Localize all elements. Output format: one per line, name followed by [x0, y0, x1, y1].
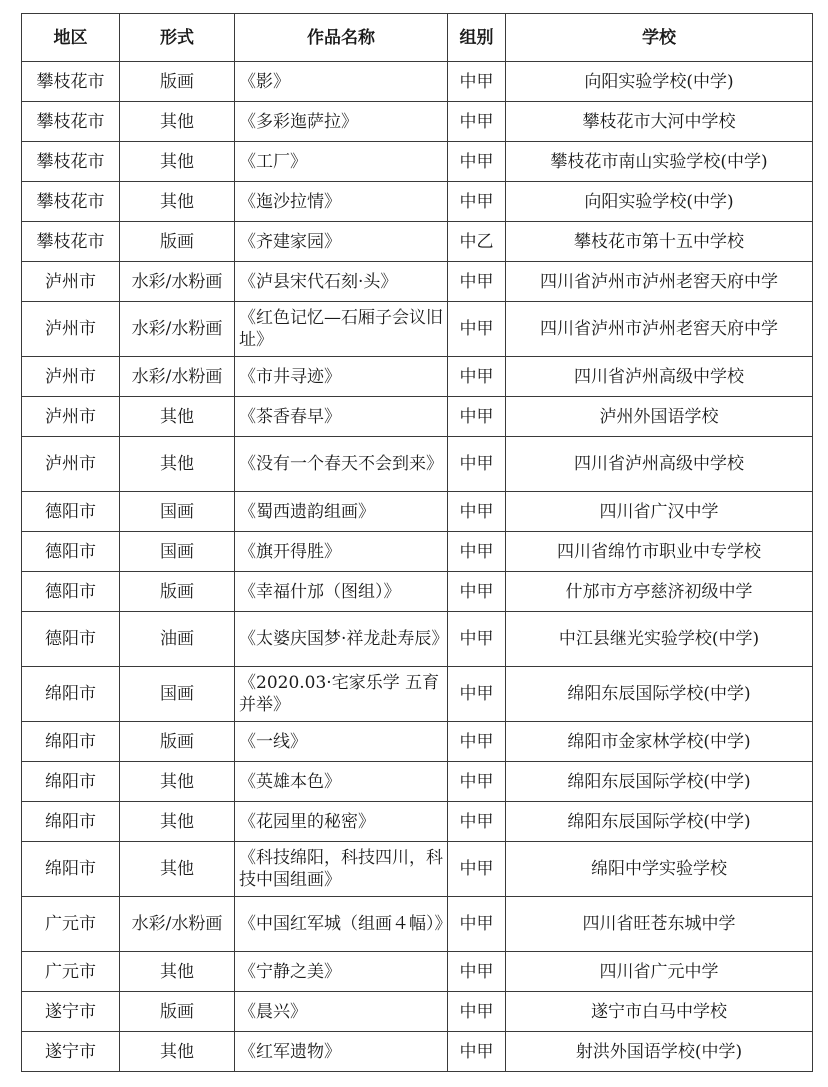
school-cell: 四川省泸州高级中学校 [506, 357, 813, 397]
form-cell: 国画 [120, 667, 235, 722]
school-cell: 攀枝花市大河中学校 [506, 102, 813, 142]
region-cell: 攀枝花市 [22, 102, 120, 142]
region-cell: 遂宁市 [22, 1032, 120, 1072]
group-cell: 中甲 [448, 62, 506, 102]
group-cell: 中甲 [448, 142, 506, 182]
region-cell: 泸州市 [22, 262, 120, 302]
table-row: 泸州市其他《茶香春早》中甲泸州外国语学校 [22, 397, 813, 437]
title-cell: 《科技绵阳，科技四川，科技中国组画》 [235, 842, 448, 897]
form-cell: 其他 [120, 762, 235, 802]
form-cell: 版画 [120, 722, 235, 762]
school-cell: 射洪外国语学校(中学) [506, 1032, 813, 1072]
region-cell: 绵阳市 [22, 842, 120, 897]
group-cell: 中甲 [448, 397, 506, 437]
title-cell: 《中国红军城（组画４幅）》 [235, 897, 448, 952]
group-cell: 中甲 [448, 1032, 506, 1072]
table-row: 泸州市水彩/水粉画《红色记忆—石厢子会议旧址》中甲四川省泸州市泸州老窖天府中学 [22, 302, 813, 357]
form-cell: 其他 [120, 397, 235, 437]
region-cell: 泸州市 [22, 357, 120, 397]
group-cell: 中甲 [448, 572, 506, 612]
group-cell: 中甲 [448, 897, 506, 952]
table-row: 攀枝花市版画《影》中甲向阳实验学校(中学) [22, 62, 813, 102]
region-cell: 攀枝花市 [22, 62, 120, 102]
title-cell: 《幸福什邡（图组）》 [235, 572, 448, 612]
table-row: 广元市水彩/水粉画《中国红军城（组画４幅）》中甲四川省旺苍东城中学 [22, 897, 813, 952]
group-cell: 中甲 [448, 102, 506, 142]
title-cell: 《影》 [235, 62, 448, 102]
title-cell: 《茶香春早》 [235, 397, 448, 437]
title-cell: 《多彩迤萨拉》 [235, 102, 448, 142]
school-cell: 中江县继光实验学校(中学) [506, 612, 813, 667]
form-cell: 油画 [120, 612, 235, 667]
school-cell: 四川省广元中学 [506, 952, 813, 992]
region-cell: 攀枝花市 [22, 182, 120, 222]
title-cell: 《齐建家园》 [235, 222, 448, 262]
title-cell: 《蜀西遗韵组画》 [235, 492, 448, 532]
title-cell: 《红色记忆—石厢子会议旧址》 [235, 302, 448, 357]
school-cell: 绵阳中学实验学校 [506, 842, 813, 897]
group-cell: 中甲 [448, 182, 506, 222]
school-cell: 四川省泸州高级中学校 [506, 437, 813, 492]
region-cell: 泸州市 [22, 437, 120, 492]
school-cell: 攀枝花市南山实验学校(中学) [506, 142, 813, 182]
school-cell: 四川省广汉中学 [506, 492, 813, 532]
header-group: 组别 [448, 14, 506, 62]
table-row: 德阳市国画《旗开得胜》中甲四川省绵竹市职业中专学校 [22, 532, 813, 572]
table-row: 攀枝花市其他《迤沙拉情》中甲向阳实验学校(中学) [22, 182, 813, 222]
title-cell: 《英雄本色》 [235, 762, 448, 802]
table-row: 绵阳市其他《科技绵阳，科技四川，科技中国组画》中甲绵阳中学实验学校 [22, 842, 813, 897]
group-cell: 中甲 [448, 992, 506, 1032]
school-cell: 向阳实验学校(中学) [506, 62, 813, 102]
table-row: 绵阳市版画《一线》中甲绵阳市金家林学校(中学) [22, 722, 813, 762]
school-cell: 四川省绵竹市职业中专学校 [506, 532, 813, 572]
group-cell: 中甲 [448, 437, 506, 492]
form-cell: 版画 [120, 992, 235, 1032]
form-cell: 版画 [120, 572, 235, 612]
region-cell: 德阳市 [22, 572, 120, 612]
title-cell: 《2020.03·宅家乐学 五育并举》 [235, 667, 448, 722]
form-cell: 其他 [120, 437, 235, 492]
form-cell: 其他 [120, 102, 235, 142]
table-row: 绵阳市其他《英雄本色》中甲绵阳东辰国际学校(中学) [22, 762, 813, 802]
group-cell: 中甲 [448, 952, 506, 992]
form-cell: 水彩/水粉画 [120, 897, 235, 952]
title-cell: 《一线》 [235, 722, 448, 762]
form-cell: 水彩/水粉画 [120, 302, 235, 357]
school-cell: 泸州外国语学校 [506, 397, 813, 437]
school-cell: 向阳实验学校(中学) [506, 182, 813, 222]
group-cell: 中甲 [448, 762, 506, 802]
title-cell: 《花园里的秘密》 [235, 802, 448, 842]
group-cell: 中甲 [448, 492, 506, 532]
title-cell: 《迤沙拉情》 [235, 182, 448, 222]
awards-table: 地区 形式 作品名称 组别 学校 攀枝花市版画《影》中甲向阳实验学校(中学)攀枝… [21, 13, 813, 1072]
school-cell: 四川省泸州市泸州老窖天府中学 [506, 262, 813, 302]
school-cell: 遂宁市白马中学校 [506, 992, 813, 1032]
form-cell: 水彩/水粉画 [120, 357, 235, 397]
table-row: 遂宁市其他《红军遗物》中甲射洪外国语学校(中学) [22, 1032, 813, 1072]
title-cell: 《宁静之美》 [235, 952, 448, 992]
group-cell: 中甲 [448, 722, 506, 762]
table-header-row: 地区 形式 作品名称 组别 学校 [22, 14, 813, 62]
form-cell: 版画 [120, 222, 235, 262]
table-row: 德阳市油画《太婆庆国梦·祥龙赴寿辰》中甲中江县继光实验学校(中学) [22, 612, 813, 667]
form-cell: 其他 [120, 952, 235, 992]
group-cell: 中甲 [448, 842, 506, 897]
region-cell: 攀枝花市 [22, 222, 120, 262]
school-cell: 绵阳东辰国际学校(中学) [506, 802, 813, 842]
group-cell: 中甲 [448, 262, 506, 302]
title-cell: 《旗开得胜》 [235, 532, 448, 572]
region-cell: 遂宁市 [22, 992, 120, 1032]
title-cell: 《市井寻迹》 [235, 357, 448, 397]
title-cell: 《太婆庆国梦·祥龙赴寿辰》 [235, 612, 448, 667]
table-row: 泸州市其他《没有一个春天不会到来》中甲四川省泸州高级中学校 [22, 437, 813, 492]
table-row: 遂宁市版画《晨兴》中甲遂宁市白马中学校 [22, 992, 813, 1032]
table-body: 攀枝花市版画《影》中甲向阳实验学校(中学)攀枝花市其他《多彩迤萨拉》中甲攀枝花市… [22, 62, 813, 1072]
table-row: 泸州市水彩/水粉画《泸县宋代石刻·头》中甲四川省泸州市泸州老窖天府中学 [22, 262, 813, 302]
header-form: 形式 [120, 14, 235, 62]
school-cell: 什邡市方亭慈济初级中学 [506, 572, 813, 612]
group-cell: 中乙 [448, 222, 506, 262]
form-cell: 国画 [120, 492, 235, 532]
table-row: 泸州市水彩/水粉画《市井寻迹》中甲四川省泸州高级中学校 [22, 357, 813, 397]
title-cell: 《红军遗物》 [235, 1032, 448, 1072]
table-row: 绵阳市国画《2020.03·宅家乐学 五育并举》中甲绵阳东辰国际学校(中学) [22, 667, 813, 722]
form-cell: 其他 [120, 182, 235, 222]
title-cell: 《晨兴》 [235, 992, 448, 1032]
table-row: 攀枝花市其他《工厂》中甲攀枝花市南山实验学校(中学) [22, 142, 813, 182]
region-cell: 绵阳市 [22, 722, 120, 762]
form-cell: 水彩/水粉画 [120, 262, 235, 302]
title-cell: 《泸县宋代石刻·头》 [235, 262, 448, 302]
region-cell: 泸州市 [22, 302, 120, 357]
school-cell: 攀枝花市第十五中学校 [506, 222, 813, 262]
table-row: 攀枝花市版画《齐建家园》中乙攀枝花市第十五中学校 [22, 222, 813, 262]
region-cell: 攀枝花市 [22, 142, 120, 182]
table-row: 德阳市国画《蜀西遗韵组画》中甲四川省广汉中学 [22, 492, 813, 532]
region-cell: 绵阳市 [22, 802, 120, 842]
region-cell: 绵阳市 [22, 762, 120, 802]
school-cell: 绵阳东辰国际学校(中学) [506, 762, 813, 802]
region-cell: 广元市 [22, 897, 120, 952]
form-cell: 其他 [120, 842, 235, 897]
group-cell: 中甲 [448, 612, 506, 667]
form-cell: 其他 [120, 142, 235, 182]
title-cell: 《没有一个春天不会到来》 [235, 437, 448, 492]
group-cell: 中甲 [448, 667, 506, 722]
group-cell: 中甲 [448, 802, 506, 842]
group-cell: 中甲 [448, 302, 506, 357]
header-school: 学校 [506, 14, 813, 62]
title-cell: 《工厂》 [235, 142, 448, 182]
school-cell: 绵阳东辰国际学校(中学) [506, 667, 813, 722]
group-cell: 中甲 [448, 532, 506, 572]
region-cell: 德阳市 [22, 492, 120, 532]
header-title: 作品名称 [235, 14, 448, 62]
header-region: 地区 [22, 14, 120, 62]
form-cell: 其他 [120, 802, 235, 842]
region-cell: 绵阳市 [22, 667, 120, 722]
group-cell: 中甲 [448, 357, 506, 397]
table-row: 攀枝花市其他《多彩迤萨拉》中甲攀枝花市大河中学校 [22, 102, 813, 142]
region-cell: 泸州市 [22, 397, 120, 437]
table-row: 绵阳市其他《花园里的秘密》中甲绵阳东辰国际学校(中学) [22, 802, 813, 842]
region-cell: 广元市 [22, 952, 120, 992]
form-cell: 版画 [120, 62, 235, 102]
region-cell: 德阳市 [22, 612, 120, 667]
table-row: 德阳市版画《幸福什邡（图组）》中甲什邡市方亭慈济初级中学 [22, 572, 813, 612]
form-cell: 其他 [120, 1032, 235, 1072]
form-cell: 国画 [120, 532, 235, 572]
table-row: 广元市其他《宁静之美》中甲四川省广元中学 [22, 952, 813, 992]
school-cell: 四川省旺苍东城中学 [506, 897, 813, 952]
school-cell: 四川省泸州市泸州老窖天府中学 [506, 302, 813, 357]
school-cell: 绵阳市金家林学校(中学) [506, 722, 813, 762]
region-cell: 德阳市 [22, 532, 120, 572]
